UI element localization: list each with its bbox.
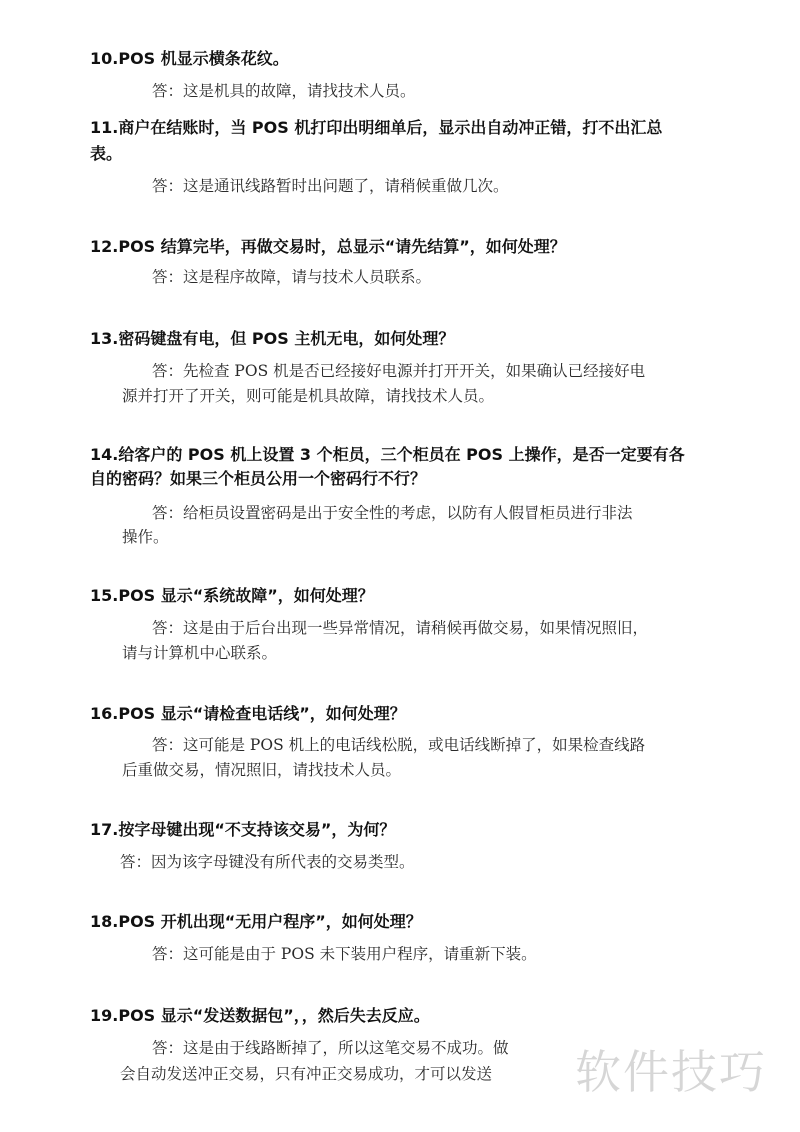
question-13: 13.密码键盘有电，但 POS 主机无电，如何处理？ bbox=[90, 326, 454, 349]
question-14-line1: 14.给客户的 POS 机上设置 3 个柜员，三个柜员在 POS 上操作，是否一… bbox=[90, 442, 685, 465]
watermark-text: 软件技巧 bbox=[575, 1036, 767, 1102]
answer-18: 答：这可能是由于 POS 未下装用户程序，请重新下装。 bbox=[152, 942, 537, 964]
question-14-line2: 自的密码？如果三个柜员公用一个密码行不行？ bbox=[90, 466, 426, 489]
answer-11: 答：这是通讯线路暂时出问题了，请稍候重做几次。 bbox=[152, 174, 509, 196]
answer-15-line2: 请与计算机中心联系。 bbox=[122, 641, 277, 663]
answer-15-line1: 答：这是由于后台出现一些异常情况，请稍候再做交易，如果情况照旧， bbox=[152, 616, 648, 638]
question-18: 18.POS 开机出现“无用户程序”，如何处理？ bbox=[90, 909, 422, 932]
question-17: 17.按字母键出现“不支持该交易”，为何？ bbox=[90, 817, 395, 840]
question-10: 10.POS 机显示横条花纹。 bbox=[90, 46, 289, 69]
question-11-line1: 11.商户在结账时，当 POS 机打印出明细单后，显示出自动冲正错，打不出汇总 bbox=[90, 115, 662, 138]
question-15: 15.POS 显示“系统故障”，如何处理？ bbox=[90, 583, 374, 606]
answer-19-line1: 答：这是由于线路断掉了，所以这笔交易不成功。做 bbox=[152, 1036, 509, 1058]
answer-19-line2: 会自动发送冲正交易，只有冲正交易成功，才可以发送 bbox=[120, 1062, 492, 1084]
answer-17: 答：因为该字母键没有所代表的交易类型。 bbox=[120, 850, 415, 872]
watermark: 软件技巧 bbox=[563, 1030, 800, 1132]
answer-16-line1: 答：这可能是 POS 机上的电话线松脱，或电话线断掉了，如果检查线路 bbox=[152, 733, 645, 755]
question-19: 19.POS 显示“发送数据包”，，然后失去反应。 bbox=[90, 1003, 430, 1026]
question-16: 16.POS 显示“请检查电话线”，如何处理？ bbox=[90, 701, 406, 724]
answer-10: 答：这是机具的故障，请找技术人员。 bbox=[152, 79, 416, 101]
answer-14-line2: 操作。 bbox=[122, 525, 169, 547]
question-11-line2: 表。 bbox=[90, 141, 122, 164]
answer-13-line2: 源并打开了开关，则可能是机具故障，请找技术人员。 bbox=[122, 384, 494, 406]
answer-13-line1: 答：先检查 POS 机是否已经接好电源并打开开关，如果确认已经接好电 bbox=[152, 359, 645, 381]
answer-16-line2: 后重做交易，情况照旧，请找技术人员。 bbox=[122, 758, 401, 780]
answer-14-line1: 答：给柜员设置密码是出于安全性的考虑，以防有人假冒柜员进行非法 bbox=[152, 501, 633, 523]
question-12: 12.POS 结算完毕，再做交易时，总显示“请先结算”，如何处理？ bbox=[90, 234, 566, 257]
answer-12: 答：这是程序故障，请与技术人员联系。 bbox=[152, 265, 431, 287]
